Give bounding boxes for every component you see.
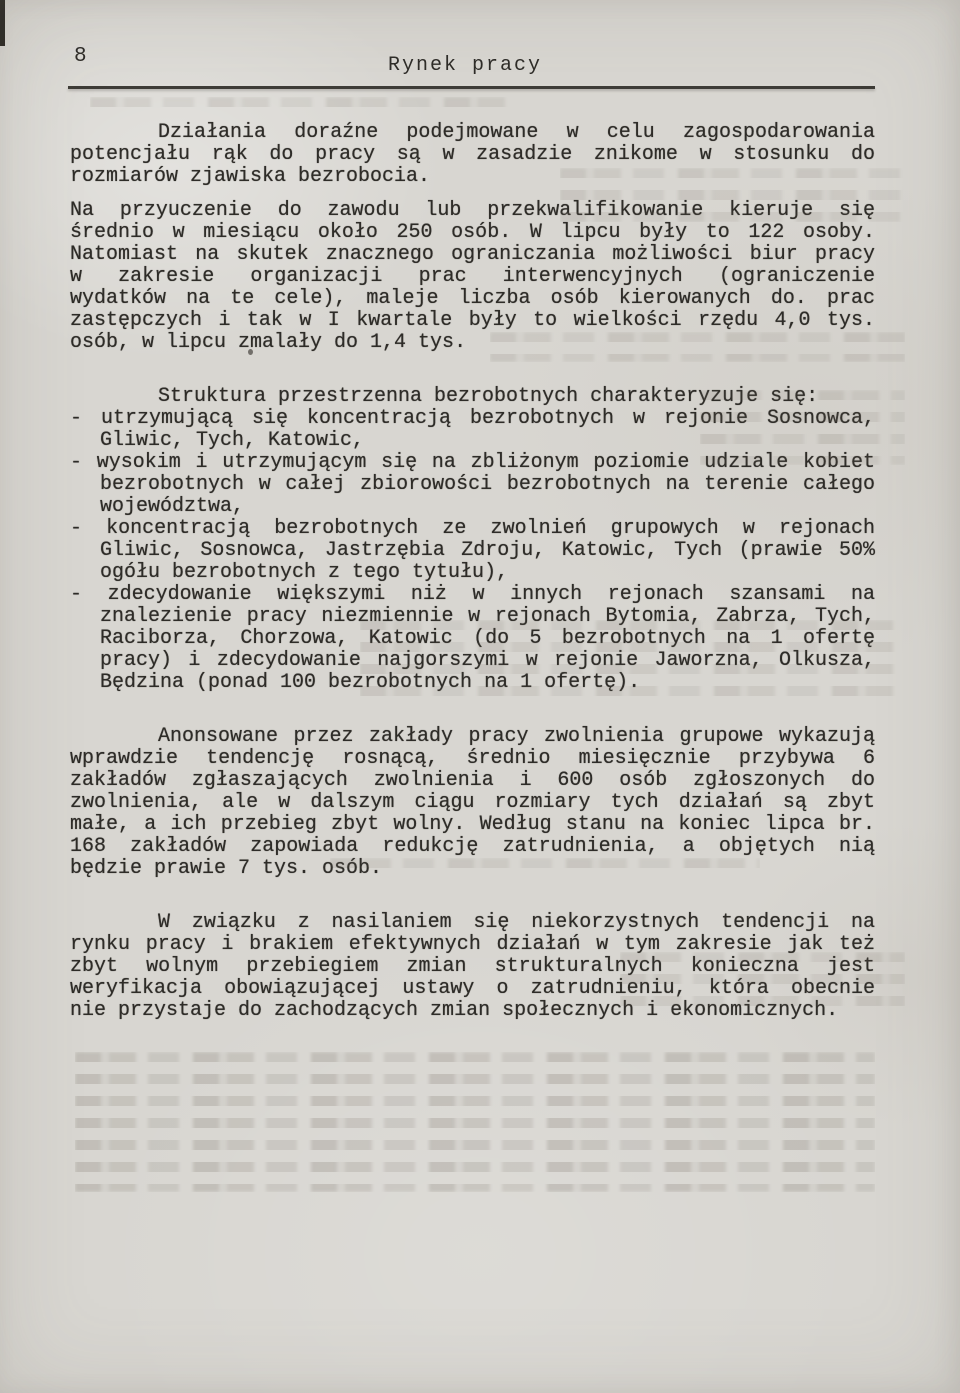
text-line: Działania doraźne podejmowane w celu zag… [158, 122, 875, 144]
text-line: Anonsowane przez zakłady pracy zwolnieni… [158, 726, 875, 748]
paragraph: Anonsowane przez zakłady pracy zwolnieni… [70, 726, 875, 880]
scan-edge-artifact [0, 0, 5, 46]
text-line: Natomiast na skutek znacznego ograniczan… [70, 244, 875, 266]
text-line: znalezienie pracy niezmiennie w rejonach… [70, 606, 875, 628]
page-body-text: Działania doraźne podejmowane w celu zag… [70, 122, 875, 1022]
document-page: 8 Rynek pracy Działania doraźne podejmow… [0, 0, 960, 1393]
text-line: wprawdzie tendencję rosnącą, średnio mie… [70, 748, 875, 770]
paragraph: Działania doraźne podejmowane w celu zag… [70, 122, 875, 188]
text-line: Na przyuczenie do zawodu lub przekwalifi… [70, 200, 875, 222]
bullet-item: - zdecydowanie większymi niż w innych re… [70, 584, 875, 694]
bullet-item: - utrzymującą się koncentracją bezrobotn… [70, 408, 875, 452]
page-title: Rynek pracy [0, 54, 945, 77]
scan-speck-artifact [248, 349, 253, 355]
text-line: potencjału rąk do pracy są w zasadzie zn… [70, 144, 875, 166]
text-line: małe, a ich przebieg zbyt wolny. Według … [70, 814, 875, 836]
section-lead-line: Struktura przestrzenna bezrobotnych char… [158, 386, 875, 408]
text-line: - wysokim i utrzymującym się na zbliżony… [70, 452, 875, 474]
text-line: - zdecydowanie większymi niż w innych re… [70, 584, 875, 606]
paragraph: Struktura przestrzenna bezrobotnych char… [70, 386, 875, 694]
text-line: - koncentracją bezrobotnych ze zwolnień … [70, 518, 875, 540]
text-line: rozmiarów zjawiska bezrobocia. [70, 166, 875, 188]
text-line: weryfikacja obowiązującej ustawy o zatru… [70, 978, 875, 1000]
text-line: średnio w miesiącu około 250 osób. W lip… [70, 222, 875, 244]
header-divider [68, 86, 875, 89]
text-line: w zakresie organizacji prac interwencyjn… [70, 266, 875, 288]
text-line: wydatków na te cele), maleje liczba osób… [70, 288, 875, 310]
text-line: zastępczych i tak w I kwartale były to w… [70, 310, 875, 332]
bullet-item: - wysokim i utrzymującym się na zbliżony… [70, 452, 875, 518]
bleed-through-artifact [90, 97, 510, 111]
bleed-through-artifact [75, 1052, 875, 1192]
paragraph: W związku z nasilaniem się niekorzystnyc… [70, 912, 875, 1022]
text-line: Gliwic, Sosnowca, Jastrzębia Zdroju, Kat… [70, 540, 875, 562]
paragraph: Na przyuczenie do zawodu lub przekwalifi… [70, 200, 875, 354]
text-line: 168 zakładów zapowiada redukcję zatrudni… [70, 836, 875, 858]
text-line: pracy) i zdecydowanie najgorszymi w rejo… [70, 650, 875, 672]
text-line: bezrobotnych w całej zbiorowości bezrobo… [70, 474, 875, 496]
text-line: Będzina (ponad 100 bezrobotnych na 1 ofe… [70, 672, 875, 694]
text-line: W związku z nasilaniem się niekorzystnyc… [158, 912, 875, 934]
text-line: zbyt wolnym przebiegiem zmian struktural… [70, 956, 875, 978]
bullet-item: - koncentracją bezrobotnych ze zwolnień … [70, 518, 875, 584]
text-line: - utrzymującą się koncentracją bezrobotn… [70, 408, 875, 430]
text-line: rynku pracy i brakiem efektywnych działa… [70, 934, 875, 956]
text-line: ogółu bezrobotnych z tego tytułu), [70, 562, 875, 584]
text-line: Raciborza, Chorzowa, Katowic (do 5 bezro… [70, 628, 875, 650]
text-line: będzie prawie 7 tys. osób. [70, 858, 875, 880]
text-line: zwolnienia, ale w dalszym ciągu rozmiary… [70, 792, 875, 814]
text-line: osób, w lipcu zmalały do 1,4 tys. [70, 332, 875, 354]
text-line: województwa, [70, 496, 875, 518]
text-line: nie przystaje do zachodzących zmian społ… [70, 1000, 875, 1022]
text-line: zakładów zgłaszających zwolnienia i 600 … [70, 770, 875, 792]
text-line: Gliwic, Tych, Katowic, [70, 430, 875, 452]
